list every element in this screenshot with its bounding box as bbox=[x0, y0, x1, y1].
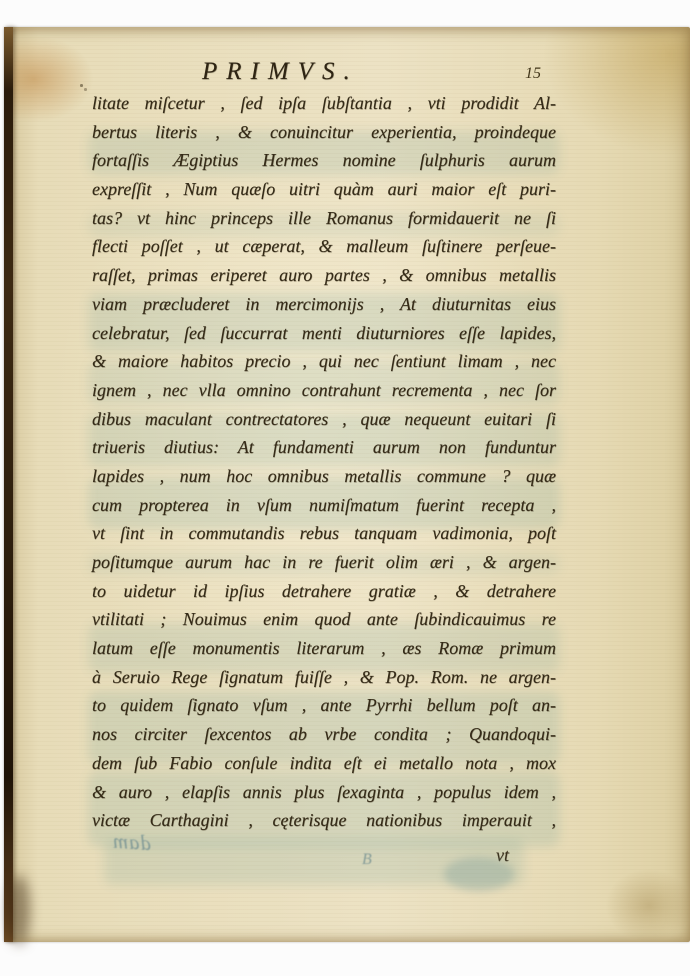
text-line: vtilitati ; Nouimus enim quod ante ſubin… bbox=[92, 605, 556, 634]
text-line: tas? vt hinc princeps ille Romanus formi… bbox=[92, 204, 556, 233]
text-line: litate miſcetur , ſed ipſa ſubſtantia , … bbox=[92, 89, 556, 118]
text-line: fortaſſis Ægiptius Hermes nomine ſulphur… bbox=[92, 146, 556, 175]
running-header-title: PRIMVS. bbox=[202, 58, 359, 86]
text-line: victæ Carthagini , cęterisque nationibus… bbox=[92, 806, 556, 835]
binding-edge-shadow bbox=[4, 27, 13, 942]
text-line: cum propterea in vſum numiſmatum fuerint… bbox=[92, 491, 556, 520]
body-text-block: litate miſcetur , ſed ipſa ſubſtantia , … bbox=[92, 89, 556, 835]
text-line: flecti poſſet , ut cæperat, & malleum ſu… bbox=[92, 232, 556, 261]
text-line: triueris diutius: At fundamenti aurum no… bbox=[92, 433, 556, 462]
text-line: lapides , num hoc omnibus metallis commu… bbox=[92, 462, 556, 491]
edge-smudge-stain bbox=[8, 875, 30, 945]
text-line: raſſet, primas eriperet auro partes , & … bbox=[92, 261, 556, 290]
text-line: poſitumque aurum hac in re fuerit olim æ… bbox=[92, 548, 556, 577]
text-line: latum eſſe monumentis literarum , æs Rom… bbox=[92, 634, 556, 663]
signature-mark: B bbox=[362, 851, 372, 869]
book-page: PRIMVS. 15 litate miſcetur , ſed ipſa ſu… bbox=[4, 27, 690, 942]
ink-bleedthrough bbox=[444, 857, 514, 891]
ink-speck bbox=[80, 84, 83, 87]
text-line: ignem , nec vlla omnino contrahunt recre… bbox=[92, 376, 556, 405]
text-line: & auro , elapſis annis plus ſexaginta , … bbox=[92, 778, 556, 807]
text-line: à Seruio Rege ſignatum fuiſſe , & Pop. R… bbox=[92, 663, 556, 692]
book-scan: PRIMVS. 15 litate miſcetur , ſed ipſa ſu… bbox=[0, 0, 690, 976]
bleedthrough-manuscript-note: dam bbox=[111, 829, 152, 857]
text-line: to quidem ſignato vſum , ante Pyrrhi bel… bbox=[92, 691, 556, 720]
text-line: vt ſint in commutandis rebus tanquam vad… bbox=[92, 519, 556, 548]
text-line: expreſſit , Num quæſo uitri quàm auri ma… bbox=[92, 175, 556, 204]
page-number: 15 bbox=[525, 65, 541, 83]
text-line: bertus literis , & conuincitur experient… bbox=[92, 118, 556, 147]
text-line: dem ſub Fabio conſule indita eſt ei meta… bbox=[92, 749, 556, 778]
text-line: & maiore habitos precio , qui nec ſentiu… bbox=[92, 347, 556, 376]
text-line: to uidetur id ipſius detrahere gratiæ , … bbox=[92, 577, 556, 606]
text-line: dibus maculant contrectatores , quæ nequ… bbox=[92, 405, 556, 434]
text-line: viam præcluderet in mercimonijs , At diu… bbox=[92, 290, 556, 319]
text-line: celebratur, ſed ſuccurrat menti diuturni… bbox=[92, 319, 556, 348]
text-line: nos circiter ſexcentos ab vrbe condita ;… bbox=[92, 720, 556, 749]
